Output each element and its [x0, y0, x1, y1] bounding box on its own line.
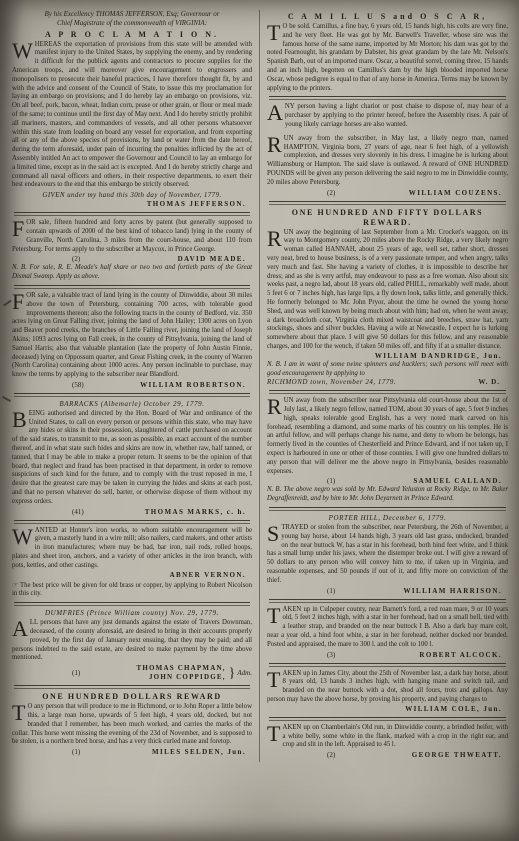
ad-number: (58): [72, 381, 84, 390]
drop-cap: W: [12, 41, 35, 59]
nota-bene: N. B. The above negro was sold by Mr. Ed…: [267, 486, 508, 504]
nota-bene: N. B. I am in want of some twine spinner…: [267, 361, 508, 379]
signature-row: (41) THOMAS MARKS, c. h.: [12, 508, 252, 517]
section-divider: [269, 663, 506, 667]
initials-signature: W. D.: [478, 378, 508, 387]
ad-number: (2): [327, 189, 335, 198]
reward-heading: ONE HUNDRED AND FIFTY DOLLARS REWARD.: [267, 208, 508, 228]
section-divider: [269, 201, 506, 205]
signature-row: (58) WILLIAM ROBERTSON.: [12, 381, 252, 390]
section-divider: [269, 717, 506, 721]
section-divider: [14, 602, 250, 606]
signature-row: (2) DAVID MEADE.: [12, 255, 252, 264]
signature: WILLIAM DANDRIDGE, Jun.: [267, 352, 508, 361]
signature-row: (1) MILES SELDEN, Jun.: [12, 748, 252, 757]
ad-number: (2): [72, 255, 80, 264]
section-divider: [269, 599, 506, 603]
administrator-names: THOMAS CHAPMAN, JOHN COPPIDGE,: [80, 664, 226, 682]
proclamation-section: By his Excellency THOMAS JEFFERSON, Esq;…: [12, 10, 252, 209]
ad-number: (2): [327, 751, 335, 760]
section-divider: [14, 212, 250, 216]
drop-cap: F: [12, 292, 26, 310]
dumfries-estate-notice: DUMFRIES (Prince William county) Nov. 29…: [12, 609, 252, 682]
camillus-oscar-ad: C A M I L L U S and O S C A R, TO be sol…: [267, 12, 508, 93]
barracks-hides-notice: BARRACKS (Albemarle) October 29, 1779. B…: [12, 400, 252, 517]
drop-cap: R: [267, 135, 284, 153]
section-divider: [14, 520, 250, 524]
brace: }: [229, 669, 236, 678]
nota-bene: N. B. For sale, R. E. Meade's half share…: [12, 264, 252, 282]
brass-copper-note: ☞ The best price will be given for old b…: [12, 582, 252, 600]
page-columns: By his Excellency THOMAS JEFFERSON, Esq;…: [0, 0, 519, 762]
place-date-row: RICHMOND town, November 24, 1779. W. D.: [267, 378, 508, 387]
signature-row: (1) WILLIAM HARRISON.: [267, 587, 508, 596]
drop-cap: T: [267, 606, 282, 624]
section-divider: [269, 507, 506, 511]
hundred-dollars-reward-ad: ONE HUNDRED DOLLARS REWARD TO any person…: [12, 692, 252, 757]
column-right: C A M I L L U S and O S C A R, TO be sol…: [260, 10, 508, 762]
drop-cap: T: [267, 724, 282, 742]
signature: WILLIAM ROBERTSON.: [84, 381, 252, 390]
section-divider: [14, 393, 250, 397]
drop-cap: S: [267, 524, 281, 542]
drop-cap: T: [267, 670, 282, 688]
signature-row: (3) ROBERT ALCOCK.: [267, 651, 508, 660]
signature: THOMAS JEFFERSON.: [12, 200, 252, 209]
signature-row: (2) GEORGE THWEATT.: [267, 751, 508, 760]
signature: WILLIAM COUZENS.: [335, 189, 508, 198]
signature: DAVID MEADE.: [80, 255, 252, 264]
runaway-hampton-ad: RUN away from the subscriber, in May las…: [267, 135, 508, 198]
drop-cap: T: [267, 23, 282, 41]
drop-cap: T: [12, 703, 27, 721]
ad-number: (1): [72, 748, 80, 757]
land-sale-granville-ad: FOR sale, fifteen hundred and forty acre…: [12, 219, 252, 282]
strayed-horse-ad: PORTER HILL, December 6, 1779. STRAYED o…: [267, 514, 508, 596]
manicule-icon: ☞: [12, 582, 18, 589]
dateline: PORTER HILL, December 6, 1779.: [267, 514, 508, 523]
signature: WILLIAM COLE, Jun.: [267, 705, 508, 714]
administrator-role: Adm.: [237, 669, 252, 678]
drop-cap: A: [267, 103, 285, 121]
runaway-tom-ad: RUN away from the subscriber near Pittsy…: [267, 397, 508, 504]
place-date: RICHMOND town, November 24, 1779.: [267, 378, 396, 387]
given-line: GIVEN under my hand this 30th day of Nov…: [12, 191, 252, 200]
ad-number: (1): [72, 669, 80, 678]
taken-up-culpeper-ad: TAKEN up in Culpeper county, near Barnet…: [267, 606, 508, 660]
dateline: DUMFRIES (Prince William county) Nov. 29…: [12, 609, 252, 618]
signature: ROBERT ALCOCK.: [335, 651, 508, 660]
proclamation-heading: A P R O C L A M A T I O N.: [12, 30, 252, 40]
wanted-ironworks-ad: WANTED at Hunter's iron works, to whom s…: [12, 527, 252, 600]
drop-cap: W: [12, 527, 35, 545]
drop-cap: R: [267, 397, 284, 415]
ad-number: (1): [327, 477, 335, 486]
proclamation-intro: By his Excellency THOMAS JEFFERSON, Esq;…: [12, 10, 252, 19]
drop-cap: R: [267, 229, 284, 247]
drop-cap: A: [12, 619, 30, 637]
drop-cap: B: [12, 410, 29, 428]
proclamation-intro: Chief Magistrate of the commonwealth of …: [12, 19, 252, 28]
ad-number: (1): [327, 587, 335, 596]
section-divider: [14, 685, 250, 689]
ad-number: (41): [72, 508, 84, 517]
taken-up-chamberlain-ad: TAKEN up on Chamberlain's Old run, in Di…: [267, 724, 508, 760]
section-divider: [269, 390, 506, 394]
drop-cap: F: [12, 219, 26, 237]
dateline: BARRACKS (Albemarle) October 29, 1779.: [12, 400, 252, 409]
reward-heading: ONE HUNDRED DOLLARS REWARD: [12, 692, 252, 702]
signature-row: (2) WILLIAM COUZENS.: [267, 189, 508, 198]
column-left: By his Excellency THOMAS JEFFERSON, Esq;…: [12, 10, 260, 762]
chariot-wanted-ad: ANY person having a light chariot or pos…: [267, 103, 508, 129]
administrators-row: (1) THOMAS CHAPMAN, JOHN COPPIDGE, } Adm…: [12, 664, 252, 682]
reward-150-ad: ONE HUNDRED AND FIFTY DOLLARS REWARD. RU…: [267, 208, 508, 388]
signature: THOMAS MARKS, c. h.: [84, 508, 252, 517]
section-divider: [14, 285, 250, 289]
signature: WILLIAM HARRISON.: [335, 587, 508, 596]
proclamation-body: WHEREAS the exportation of provisions fr…: [12, 41, 252, 191]
signature: MILES SELDEN, Jun.: [80, 748, 252, 757]
newspaper-page: By his Excellency THOMAS JEFFERSON, Esq;…: [0, 0, 519, 841]
section-divider: [269, 96, 506, 100]
ad-number: (3): [327, 651, 335, 660]
signature: GEORGE THWEATT.: [335, 751, 508, 760]
signature: SAMUEL CALLAND.: [335, 477, 508, 486]
signature-row: (1) SAMUEL CALLAND.: [267, 477, 508, 486]
land-sale-dinwiddie-ad: FOR sale, a valuable tract of land lying…: [12, 292, 252, 390]
signature: ABNER VERNON.: [12, 571, 252, 580]
taken-up-james-city-ad: TAKEN up in James City, about the 25th o…: [267, 670, 508, 714]
ad-heading: C A M I L L U S and O S C A R,: [267, 12, 508, 22]
